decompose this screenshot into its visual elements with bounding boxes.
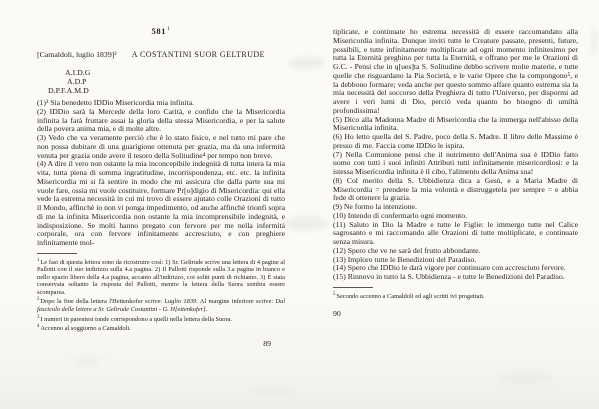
invocation-initials: A.I.D.GA.D.PD.P.F.A.M.D xyxy=(37,68,285,95)
paragraph: (4) A dire il vero non ostante la mia in… xyxy=(37,160,285,248)
page-number: 89 xyxy=(37,339,285,348)
footnote-rule xyxy=(37,253,77,254)
footnote-text-segment: I numeri in parentesi tonde corrispondon… xyxy=(40,316,232,323)
footnote-text-segment: Secondo accenno a Camaldoli ed agli scri… xyxy=(336,293,484,300)
footnote: 5Secondo accenno a Camaldoli ed agli scr… xyxy=(333,291,578,301)
scan-artifact xyxy=(288,57,326,69)
paragraph: (8) Col merito della S. Ubbidienza dica … xyxy=(333,177,578,203)
footnote-text-segment: Dopo la fine della lettera l'Hettenkofer… xyxy=(40,299,164,306)
invocation-line: A.I.D.G xyxy=(37,68,285,77)
footnote-text-segment: . xyxy=(206,306,208,313)
letter-body: tiplicate, e continuate ho estrema neces… xyxy=(333,28,578,282)
invocation-line: D.P.F.A.M.D xyxy=(37,86,285,95)
scan-artifact xyxy=(592,28,596,56)
footnote-text-segment: Le fasi di questa lettera sono da ricost… xyxy=(37,259,285,296)
right-page: tiplicate, e continuate ho estrema neces… xyxy=(333,24,578,318)
footnote: 1Le fasi di questa lettera sono da ricos… xyxy=(37,257,285,297)
letter-number-note-ref: 1 xyxy=(167,26,170,32)
letter-body: (1)³ Sia benedetto IDDio Misericordia mi… xyxy=(37,99,285,248)
page-number: 90 xyxy=(333,309,578,318)
paragraph: (6) Ho letto quella del S. Padre, poco d… xyxy=(333,133,578,151)
scan-artifact xyxy=(498,372,554,384)
footnote: 2Dopo la fine della lettera l'Hettenkofe… xyxy=(37,296,285,313)
paragraph: (15) Rinnovo in tutto la S. Ubbidienza -… xyxy=(333,273,578,282)
letter-number-heading: 5811 xyxy=(37,26,285,36)
book-scan: 5811 [Camaldoli, luglio 1839]² A COSTANT… xyxy=(0,0,599,409)
letter-header-row: [Camaldoli, luglio 1839]² A COSTANTINI S… xyxy=(37,50,285,59)
left-page: 5811 [Camaldoli, luglio 1839]² A COSTANT… xyxy=(37,26,285,348)
scan-artifact xyxy=(74,357,100,365)
addressee: A COSTANTINI SUOR GELTRUDE xyxy=(132,50,265,59)
paragraph: (11) Saluto in Dio la Madre e tutte le F… xyxy=(333,221,578,247)
dateline: [Camaldoli, luglio 1839]² xyxy=(37,50,117,59)
paragraph: (5) Dico alla Madonna Madre di Misericor… xyxy=(333,116,578,134)
footnotes: 5Secondo accenno a Camaldoli ed agli scr… xyxy=(333,291,578,301)
footnote-text-segment: Accenno al soggiorno a Camaldoli. xyxy=(40,325,130,332)
footnote-rule xyxy=(333,287,373,288)
letter-number: 581 xyxy=(152,26,167,36)
scan-artifact xyxy=(252,387,294,397)
footnote: 4Accenno al soggiorno a Camaldoli. xyxy=(37,323,285,333)
paragraph: (7) Nella Comunione pensi che il nutrime… xyxy=(333,151,578,177)
invocation-line: A.D.P xyxy=(37,77,285,86)
paragraph: (3) Vedo che va veramente perciò che è l… xyxy=(37,134,285,160)
footnote: 3I numeri in parentesi tonde corrispondo… xyxy=(37,314,285,324)
paragraph: tiplicate, e continuate ho estrema neces… xyxy=(333,28,578,116)
footnote-text-segment: Luglio 1839 xyxy=(164,299,196,306)
footnotes: 1Le fasi di questa lettera sono da ricos… xyxy=(37,257,285,333)
scan-artifact xyxy=(283,216,329,231)
footnote-text-segment: . Al margine inferiore scrive: xyxy=(196,299,275,306)
paragraph: (2) IDDio sarà la Mercede della loro Car… xyxy=(37,108,285,134)
